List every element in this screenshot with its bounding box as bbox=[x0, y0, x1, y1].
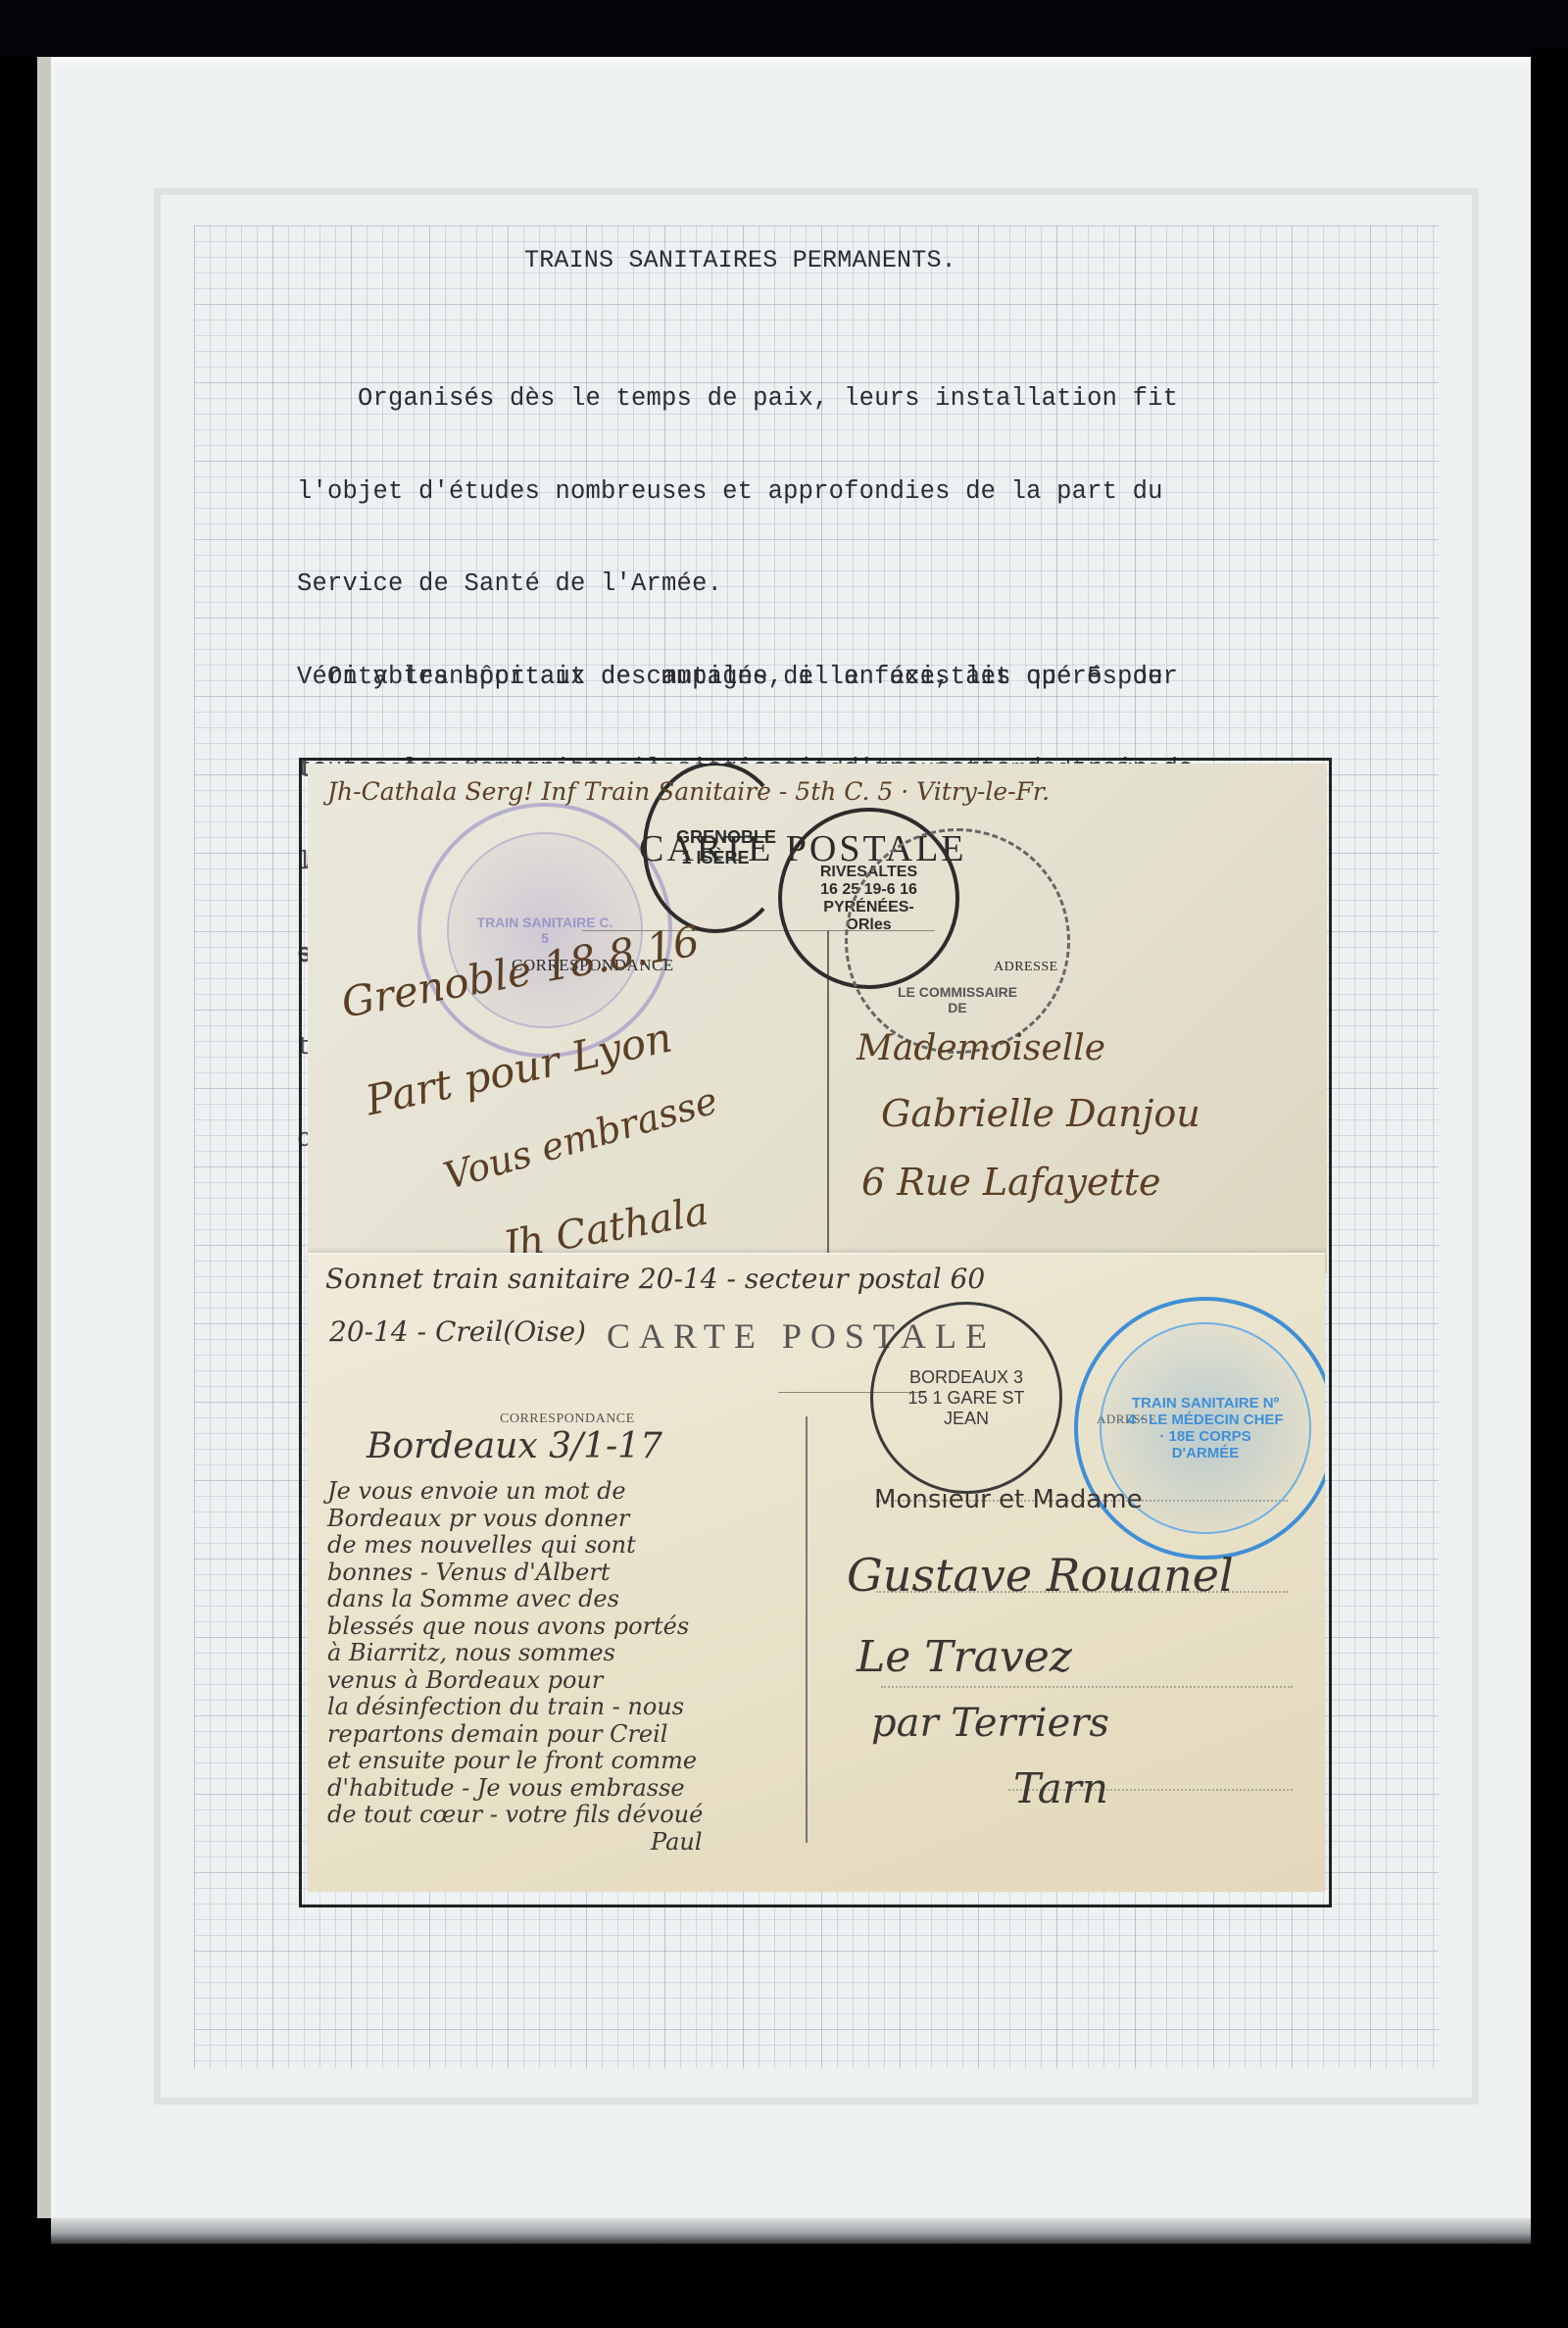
signature: Paul bbox=[327, 1829, 798, 1857]
recipient-line: Gustave Rouanel bbox=[847, 1549, 1234, 1602]
correspondance-label: CORRESPONDANCE bbox=[500, 1412, 635, 1427]
message-line: de tout cœur - votre fils dévoué bbox=[327, 1802, 798, 1829]
address-line bbox=[881, 1686, 1293, 1688]
card-divider-line bbox=[806, 1416, 808, 1843]
date-handwritten: Bordeaux 3/1-17 bbox=[367, 1426, 662, 1466]
text-line: Organisés dès le temps de paix, leurs in… bbox=[297, 383, 1194, 415]
postcard-bordeaux: CARTE POSTALE CORRESPONDANCE ADRESSE BOR… bbox=[308, 1253, 1325, 1892]
text-line: l'objet d'études nombreuses et approfond… bbox=[297, 476, 1194, 508]
top-annotation: Jh-Cathala Serg! Inf Train Sanitaire - 5… bbox=[327, 777, 1050, 806]
message-line: venus à Bordeaux pour bbox=[327, 1667, 798, 1695]
top-annotation: Sonnet train sanitaire 20-14 - secteur p… bbox=[325, 1263, 985, 1295]
recipient-line: Monsieur et Madame bbox=[874, 1485, 1143, 1514]
text-line: Service de Santé de l'Armée. bbox=[297, 569, 1194, 600]
recipient-line: par Terriers bbox=[871, 1701, 1109, 1746]
recipient-line: Mademoiselle bbox=[857, 1028, 1105, 1068]
stamp-text: LE COMMISSAIRE DE bbox=[894, 984, 1021, 1015]
message-line: bonnes - Venus d'Albert bbox=[327, 1560, 798, 1587]
train-sanitaire-blue-cachet: TRAIN SANITAIRE Nº 4 · LE MÉDECIN CHEF ·… bbox=[1074, 1297, 1325, 1560]
stamp-text: GRENOBLE 1 ISÈRE bbox=[676, 827, 755, 868]
binder-top bbox=[0, 0, 1568, 57]
page-title: TRAINS SANITAIRES PERMANENTS. bbox=[524, 245, 956, 276]
message-line: d'habitude - Je vous embrasse bbox=[327, 1775, 798, 1803]
card-divider-line bbox=[827, 930, 829, 1273]
stamp-text: BORDEAUX 3 15 1 GARE ST JEAN bbox=[907, 1367, 1025, 1429]
postcard-grenoble: TRAIN SANITAIRE C. 5 CARTE POSTALE CORRE… bbox=[308, 764, 1327, 1273]
bordeaux-postmark: BORDEAUX 3 15 1 GARE ST JEAN bbox=[870, 1302, 1062, 1494]
message-line: dans la Somme avec des bbox=[327, 1586, 798, 1613]
message-line: de mes nouvelles qui sont bbox=[327, 1532, 798, 1560]
message-line: et ensuite pour le front comme bbox=[327, 1748, 798, 1775]
message-line: Je vous envoie un mot de bbox=[327, 1478, 798, 1506]
page-bottom-edge bbox=[51, 2218, 1531, 2244]
message-line: à Biarritz, nous sommes bbox=[327, 1640, 798, 1667]
message-line: repartons demain pour Creil bbox=[327, 1721, 798, 1749]
message-line: blessés que nous avons portés bbox=[327, 1613, 798, 1641]
recipient-line: Tarn bbox=[1013, 1764, 1108, 1812]
recipient-line: Gabrielle Danjou bbox=[881, 1092, 1200, 1135]
top-annotation: 20-14 - Creil(Oise) bbox=[329, 1315, 586, 1348]
text-line: On y transportait des mutilés de la face… bbox=[297, 662, 1208, 693]
recipient-line: Le Travez bbox=[857, 1632, 1072, 1682]
message-line: Bordeaux pr vous donner bbox=[327, 1506, 798, 1533]
message-line: la désinfection du train - nous bbox=[327, 1694, 798, 1721]
message-body: Je vous envoie un mot de Bordeaux pr vou… bbox=[327, 1478, 798, 1856]
stamp-text: TRAIN SANITAIRE Nº 4 · LE MÉDECIN CHEF ·… bbox=[1127, 1395, 1284, 1461]
binder-right bbox=[1531, 49, 1568, 2328]
commissaire-cachet: LE COMMISSAIRE DE bbox=[845, 828, 1070, 1054]
recipient-line: 6 Rue Lafayette bbox=[861, 1161, 1161, 1204]
